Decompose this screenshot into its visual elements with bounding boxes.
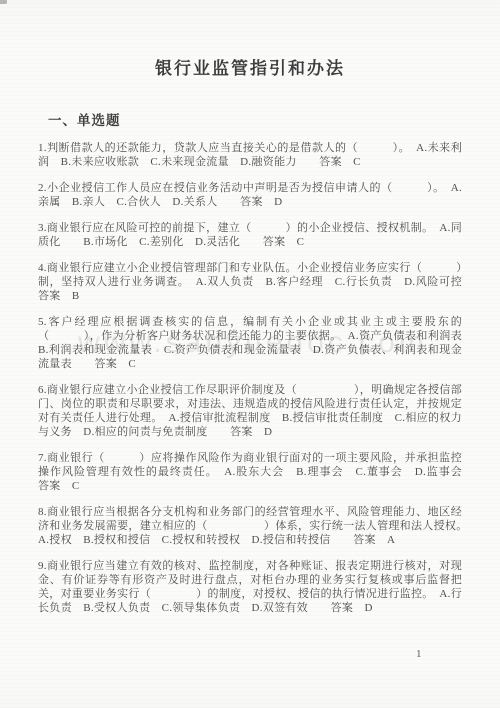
page-number: 1 bbox=[416, 648, 422, 660]
question-item-9: 9.商业银行应当建立有效的核对、监控制度，对各种账证、报表定期进行核对，对现金、… bbox=[38, 559, 462, 615]
scan-artifact bbox=[0, 0, 7, 4]
question-item-2: 2.小企业授信工作人员应在授信业务活动中声明是否为授信申请人的（ ）。 A.亲属… bbox=[38, 181, 462, 209]
document-title: 银行业监管指引和办法 bbox=[0, 0, 500, 79]
question-item-8: 8.商业银行应当根据各分支机构和业务部门的经营管理水平、风险管理能力、地区经济和… bbox=[38, 505, 462, 547]
question-item-4: 4.商业银行应建立小企业授信管理部门和专业队伍。小企业授信业务应实行（ ）制，坚… bbox=[38, 261, 462, 303]
question-item-5: 5.客户经理应根据调查核实的信息，编制有关小企业或其业主或主要股东的（ ），作为… bbox=[38, 315, 462, 371]
question-item-7: 7.商业银行（ ）应将操作风险作为商业银行面对的一项主要风险，并承担监控操作风险… bbox=[38, 451, 462, 493]
document-page: www.sanyuedoc.com 银行业监管指引和办法 一、单选题 1.判断借… bbox=[0, 0, 500, 708]
document-body: 一、单选题 1.判断借款人的还款能力，贷款人应当直接关心的是借款人的（ ）。 A… bbox=[38, 109, 462, 615]
question-item-6: 6.商业银行应建立小企业授信工作尽职评价制度及（ ），明确规定各授信部门、岗位的… bbox=[38, 383, 462, 439]
section-heading: 一、单选题 bbox=[48, 109, 462, 129]
question-item-1: 1.判断借款人的还款能力，贷款人应当直接关心的是借款人的（ ）。 A.未来利润 … bbox=[38, 141, 462, 169]
question-item-3: 3.商业银行应在风险可控的前提下，建立（ ）的小企业授信、授权机制。 A.同质化… bbox=[38, 221, 462, 249]
